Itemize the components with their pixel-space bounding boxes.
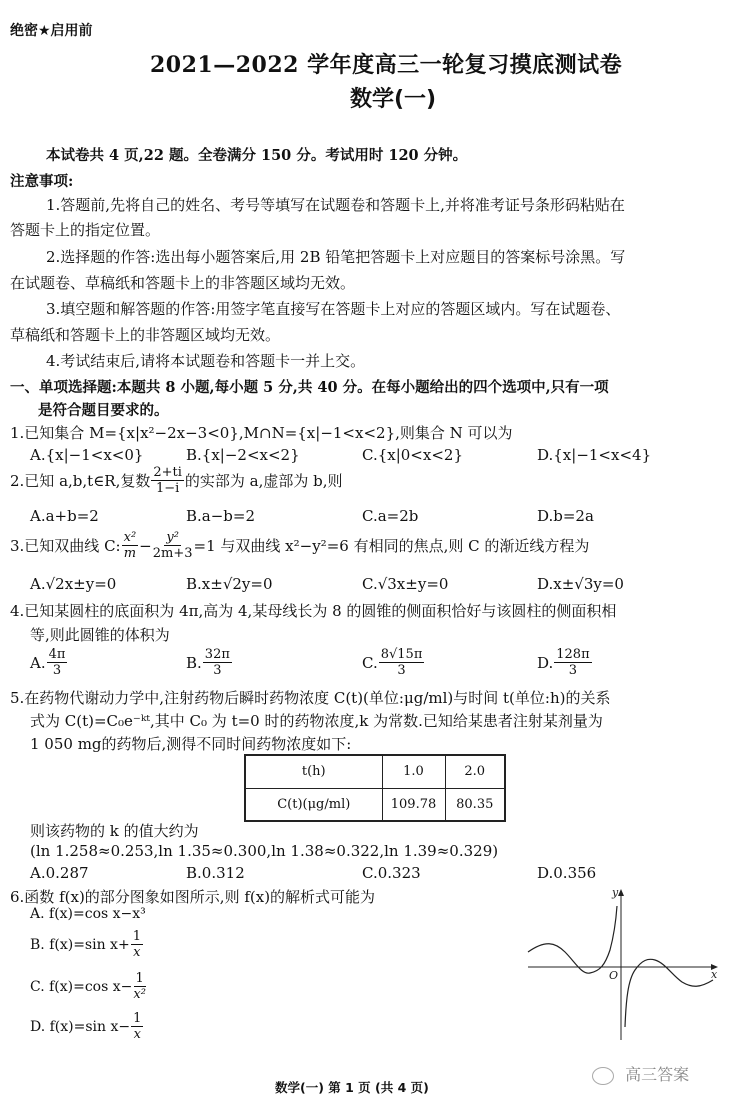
q4-option-a: A. 4π3 [30,648,68,677]
note-1-line2: 答题卡上的指定位置。 [10,219,160,240]
q1-option-a: A.{x|−1<x<0} [30,446,143,464]
q6-option-c-numerator: 1 [134,972,146,987]
notes-title: 注意事项: [10,170,73,191]
q3-stem-pre: 3.已知双曲线 C: [10,535,121,556]
q4-option-c-denominator: 3 [397,663,405,677]
q3-option-b: B.x±√2y=0 [186,575,273,593]
q6-option-b-denominator: x [133,945,140,959]
q6-option-c-denominator: x² [133,987,146,1001]
note-4: 4.考试结束后,请将本试题卷和答题卡一并上交。 [46,350,365,371]
q4-option-a-label: A. [30,654,46,672]
q5-option-c: C.0.323 [362,864,421,882]
q4-option-c-numerator: 8√15π [379,648,425,663]
q5-stem-line2: 式为 C(t)=C₀e⁻ᵏᵗ,其中 C₀ 为 t=0 时的药物浓度,k 为常数.… [30,710,603,731]
q5-stem-line3: 1 050 mg的药物后,测得不同时间药物浓度如下: [30,733,351,754]
q2-option-a: A.a+b=2 [30,507,99,525]
q5-data-table: t(h) 1.0 2.0 C(t)(μg/ml) 109.78 80.35 [244,754,506,822]
q1-option-d: D.{x|−1<x<4} [537,446,651,464]
table-row: t(h) 1.0 2.0 [245,755,505,788]
q2-fraction-numerator: 2+ti [151,466,184,481]
watermark: 高三答案 [592,1062,689,1085]
exam-subtitle: 数学(一) [350,82,436,113]
q6-option-c-label: C. f(x)=cos x− [30,979,132,995]
q3-fraction-1: x² m [122,531,139,560]
note-1-line1: 1.答题前,先将自己的姓名、考号等填写在试题卷和答题卡上,并将准考证号条形码粘贴… [46,194,625,215]
wechat-icon [592,1067,614,1085]
q2-fraction: 2+ti 1−i [151,466,184,495]
table-cell: t(h) [245,755,382,788]
q6-function-graph: y x O [520,880,734,1060]
q4-stem-line2: 等,则此圆锥的体积为 [30,624,170,645]
table-cell: 109.78 [382,788,445,821]
origin-label: O [609,969,618,982]
q4-option-b-denominator: 3 [213,663,221,677]
q6-option-a: A. f(x)=cos x−x³ [30,906,146,922]
q4-option-b: B. 32π3 [186,648,233,677]
q2-stem-pre: 2.已知 a,b,t∈R,复数 [10,470,150,491]
q5-option-b: B.0.312 [186,864,245,882]
exam-title: 2021—2022 学年度高三一轮复习摸底测试卷 [150,48,622,79]
q3-fraction-2-numerator: y² [164,531,181,546]
q4-option-a-denominator: 3 [53,663,61,677]
q3-fraction-1-denominator: m [124,546,136,560]
table-cell: 2.0 [445,755,505,788]
q6-option-d-numerator: 1 [131,1012,143,1027]
curve-right-branch [625,959,713,1027]
q5-stem-line1: 5.在药物代谢动力学中,注射药物后瞬时药物浓度 C(t)(单位:μg/ml)与时… [10,687,610,708]
page-footer: 数学(一) 第 1 页 (共 4 页) [275,1078,429,1096]
q3-option-a: A.√2x±y=0 [30,575,116,593]
curve-left-branch [528,906,617,973]
q3-fraction-2: y² 2m+3 [153,531,193,560]
watermark-text: 高三答案 [625,1065,689,1084]
q6-option-d: D. f(x)=sin x− 1x [30,1012,144,1041]
table-cell: 1.0 [382,755,445,788]
note-2-line1: 2.选择题的作答:选出每小题答案后,用 2B 铅笔把答题卡上对应题目的答案标号涂… [46,246,625,267]
y-axis-arrow-icon [618,889,624,896]
q2-fraction-denominator: 1−i [156,481,179,495]
q5-after-line2: (ln 1.258≈0.253,ln 1.35≈0.300,ln 1.38≈0.… [30,842,498,860]
q4-option-d-label: D. [537,654,553,672]
q6-option-c: C. f(x)=cos x− 1x² [30,972,147,1001]
q4-option-b-numerator: 32π [203,648,232,663]
table-row: C(t)(μg/ml) 109.78 80.35 [245,788,505,821]
note-2-line2: 在试题卷、草稿纸和答题卡上的非答题区域均无效。 [10,272,355,293]
q3-fraction-1-numerator: x² [122,531,139,546]
q3-fraction-2-denominator: 2m+3 [153,546,193,560]
q2-option-c: C.a=2b [362,507,418,525]
table-cell: C(t)(μg/ml) [245,788,382,821]
q2-stem-post: 的实部为 a,虚部为 b,则 [185,470,343,491]
q5-after-line1: 则该药物的 k 的值大约为 [30,820,199,841]
q6-option-d-denominator: x [134,1027,141,1041]
q4-option-d-denominator: 3 [569,663,577,677]
table-cell: 80.35 [445,788,505,821]
q6-option-d-label: D. f(x)=sin x− [30,1019,130,1035]
note-3-line2: 草稿纸和答题卡上的非答题区域均无效。 [10,324,280,345]
q3-stem: 3.已知双曲线 C: x² m − y² 2m+3 =1 与双曲线 x²−y²=… [10,531,589,560]
q6-option-b: B. f(x)=sin x+ 1x [30,930,144,959]
q4-option-c-label: C. [362,654,378,672]
q4-option-d: D. 128π3 [537,648,593,677]
q6-option-b-numerator: 1 [131,930,143,945]
q2-stem: 2.已知 a,b,t∈R,复数 2+ti 1−i 的实部为 a,虚部为 b,则 [10,466,343,495]
q1-stem: 1.已知集合 M={x|x²−2x−3<0},M∩N={x|−1<x<2},则集… [10,422,513,443]
confidential-label: 绝密★启用前 [10,20,93,40]
q4-option-a-numerator: 4π [47,648,68,663]
q3-option-c: C.√3x±y=0 [362,575,448,593]
q3-option-d: D.x±√3y=0 [537,575,624,593]
q1-option-c: C.{x|0<x<2} [362,446,463,464]
exam-summary: 本试卷共 4 页,22 题。全卷满分 150 分。考试用时 120 分钟。 [46,144,467,165]
q4-option-c: C. 8√15π3 [362,648,425,677]
q3-minus: − [139,537,152,555]
note-3-line1: 3.填空题和解答题的作答:用签字笔直接写在答题卡上对应的答题区域内。写在试题卷、 [46,298,620,319]
section-header-line1: 一、单项选择题:本题共 8 小题,每小题 5 分,共 40 分。在每小题给出的四… [10,376,609,397]
y-axis-label: y [611,886,619,899]
q4-option-d-numerator: 128π [554,648,591,663]
q4-option-b-label: B. [186,654,202,672]
q2-option-b: B.a−b=2 [186,507,255,525]
q4-stem-line1: 4.已知某圆柱的底面积为 4π,高为 4,某母线长为 8 的圆锥的侧面积恰好与该… [10,600,616,621]
q1-option-b: B.{x|−2<x<2} [186,446,300,464]
q6-option-b-label: B. f(x)=sin x+ [30,937,130,953]
q2-option-d: D.b=2a [537,507,594,525]
q6-stem: 6.函数 f(x)的部分图象如图所示,则 f(x)的解析式可能为 [10,886,375,907]
section-header-line2: 是符合题目要求的。 [38,399,169,420]
x-axis-label: x [711,968,718,981]
q5-option-a: A.0.287 [30,864,89,882]
q3-stem-post: =1 与双曲线 x²−y²=6 有相同的焦点,则 C 的渐近线方程为 [194,535,590,556]
